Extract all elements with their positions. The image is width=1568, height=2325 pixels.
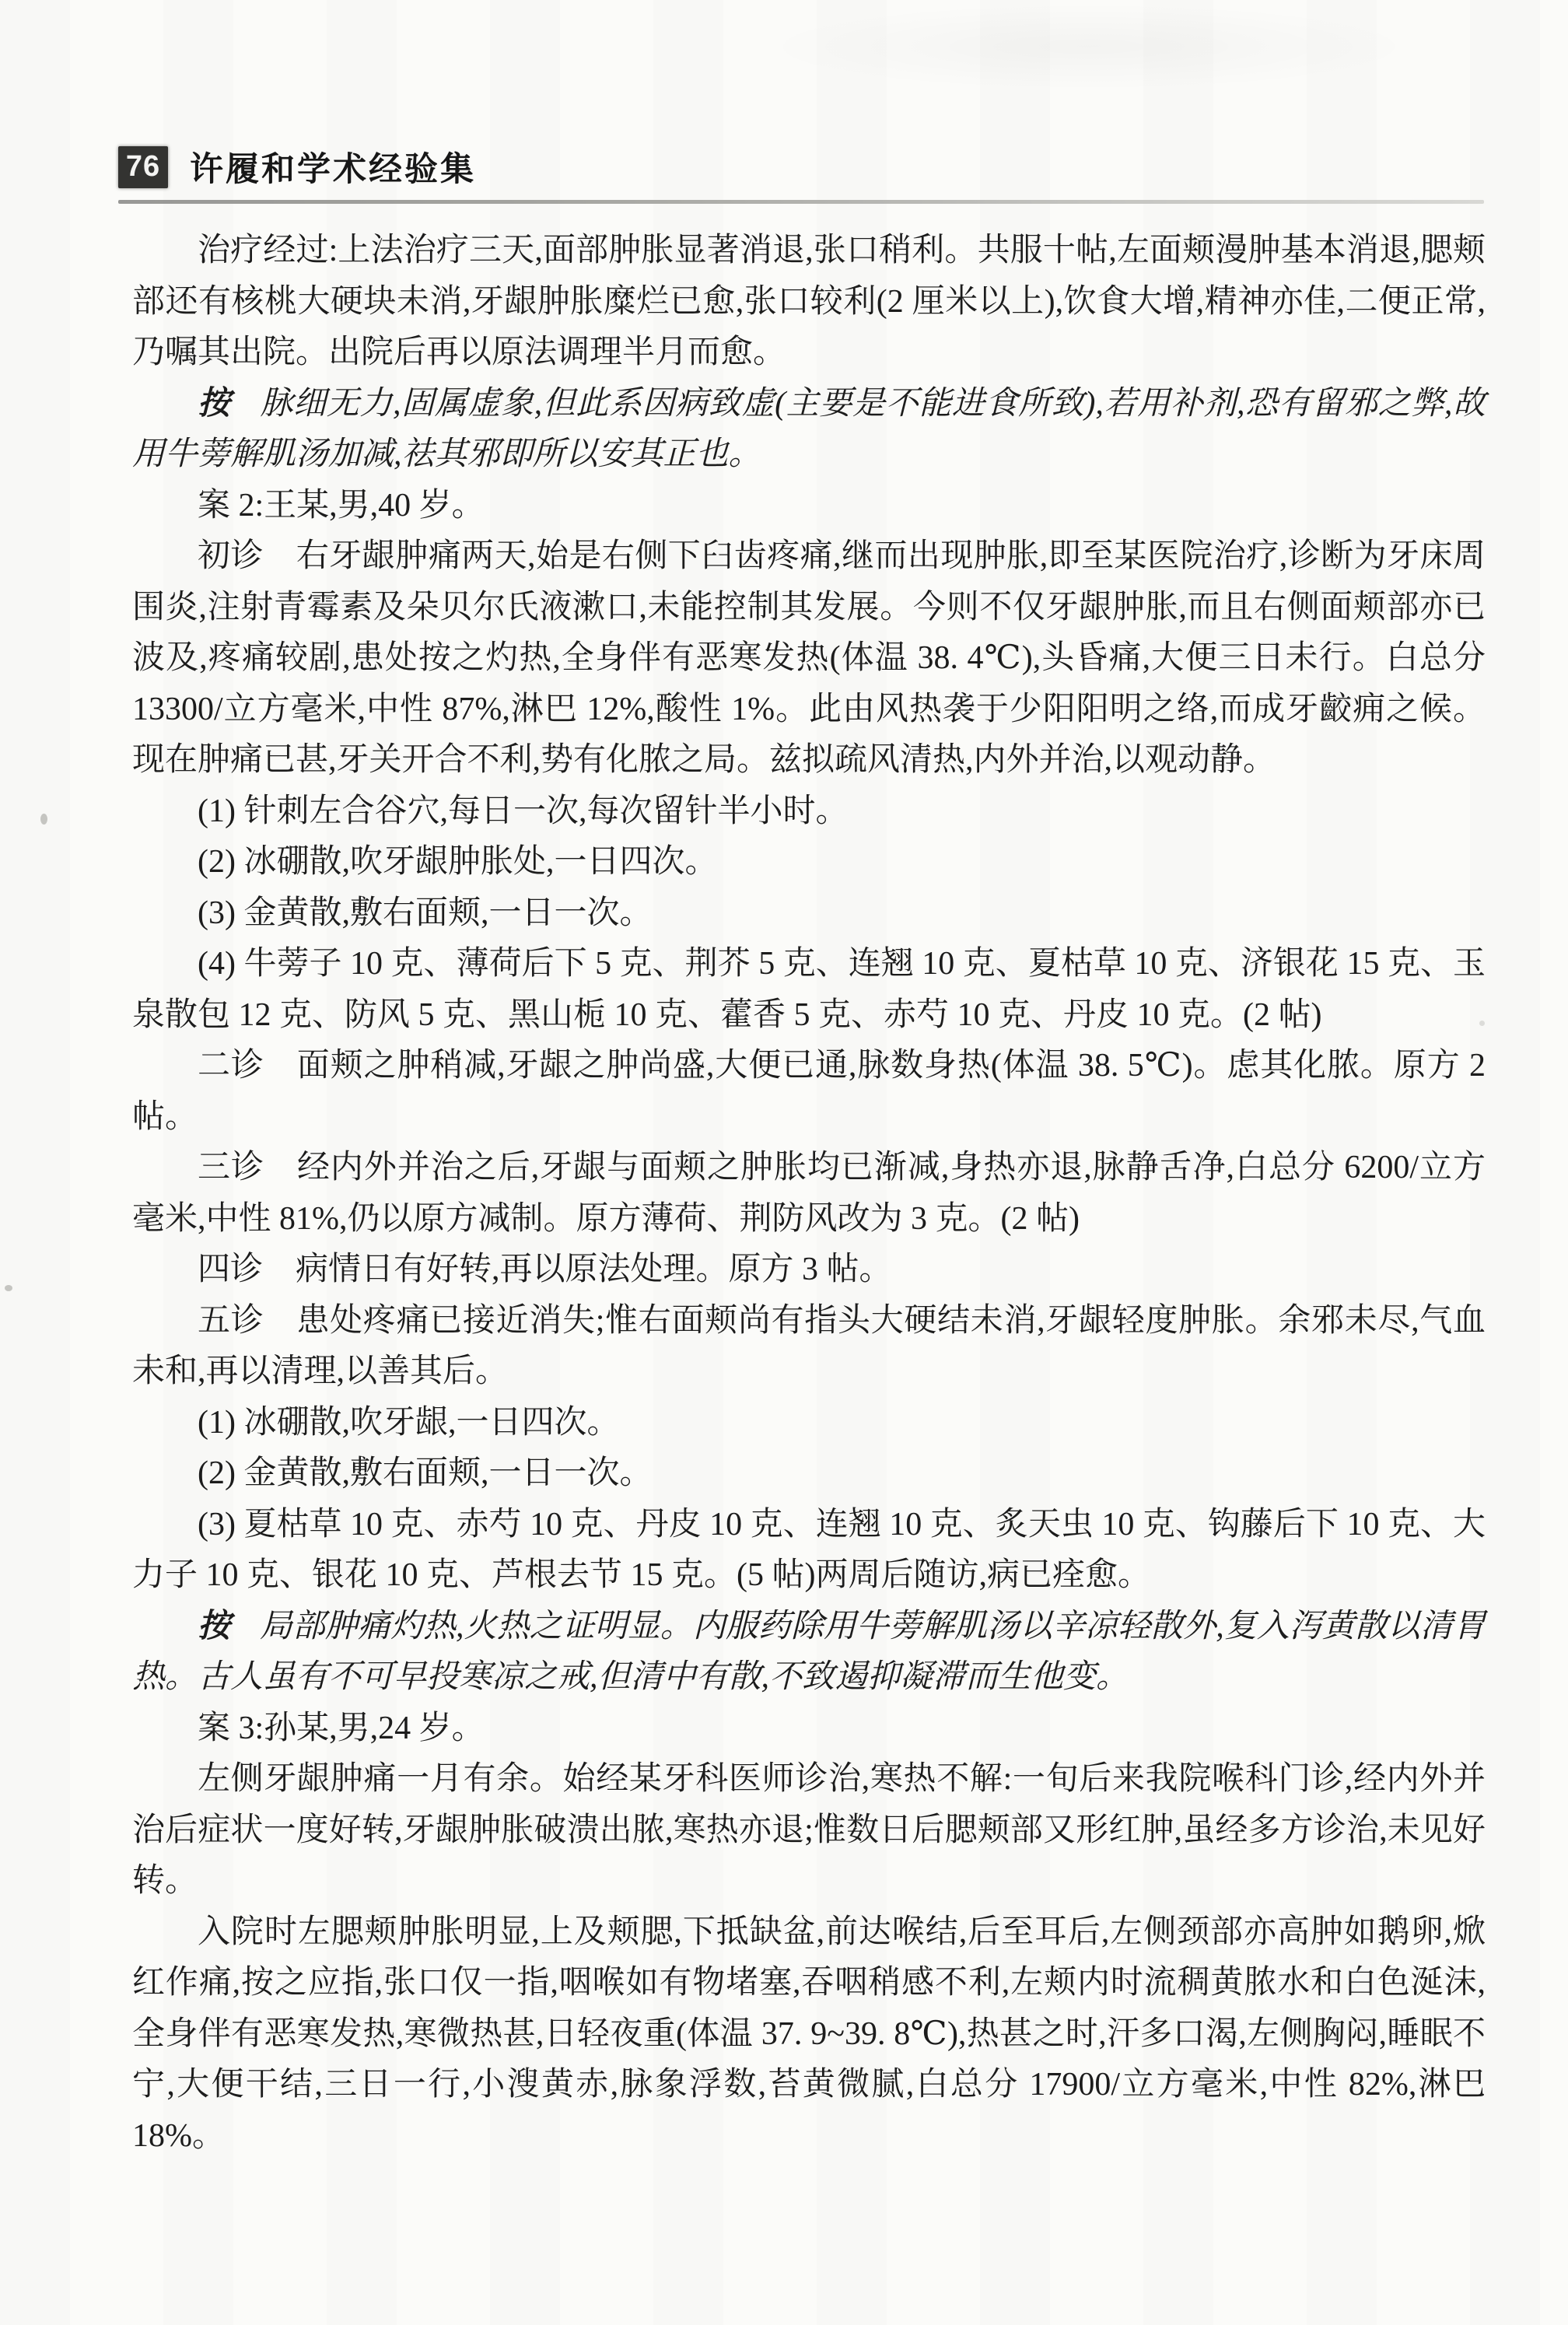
scan-speck — [5, 1285, 12, 1291]
paragraph-label: 按 — [198, 1609, 230, 1644]
book-title: 许履和学术经验集 — [190, 143, 476, 191]
body-paragraph: (1) 针刺左合谷穴,每日一次,每次留针半小时。 — [132, 786, 1486, 838]
paragraph-text: 右牙龈肿痛两天,始是右侧下臼齿疼痛,继而出现肿胀,即至某医院治疗,诊断为牙床周围… — [132, 538, 1486, 778]
visit-paragraph: 三诊经内外并治之后,牙龈与面颊之肿胀均已渐减,身热亦退,脉静舌净,白总分 620… — [132, 1143, 1486, 1245]
paragraph-text: 经内外并治之后,牙龈与面颊之肿胀均已渐减,身热亦退,脉静舌净,白总分 6200/… — [132, 1150, 1486, 1237]
paragraph-text: 局部肿痛灼热,火热之证明显。内服药除用牛蒡解肌汤以辛凉轻散外,复入泻黄散以清胃热… — [132, 1609, 1486, 1696]
visit-paragraph: 四诊病情日有好转,再以原法处理。原方 3 帖。 — [132, 1245, 1486, 1296]
running-head: 76 许履和学术经验集 — [118, 143, 1484, 204]
page-text: 治疗经过:上法治疗三天,面部肿胀显著消退,张口稍利。共服十帖,左面颊漫肿基本消退… — [132, 226, 1486, 2162]
header-divider — [118, 200, 1484, 204]
note-paragraph: 按局部肿痛灼热,火热之证明显。内服药除用牛蒡解肌汤以辛凉轻散外,复入泻黄散以清胃… — [132, 1602, 1486, 1703]
paragraph-text: (4) 牛蒡子 10 克、薄荷后下 5 克、荆芥 5 克、连翘 10 克、夏枯草… — [132, 946, 1486, 1033]
paragraph-text: 病情日有好转,再以原法处理。原方 3 帖。 — [296, 1252, 892, 1287]
scan-speck — [40, 814, 47, 825]
paragraph-text: (1) 针刺左合谷穴,每日一次,每次留针半小时。 — [198, 793, 848, 829]
paragraph-text: 入院时左腮颊肿胀明显,上及颊腮,下抵缺盆,前达喉结,后至耳后,左侧颈部亦高肿如鹅… — [132, 1914, 1486, 2154]
paragraph-label: 按 — [198, 386, 231, 422]
body-paragraph: 治疗经过:上法治疗三天,面部肿胀显著消退,张口稍利。共服十帖,左面颊漫肿基本消退… — [132, 226, 1486, 379]
paragraph-label: 初诊 — [198, 538, 264, 574]
paragraph-text: 案 2:王某,男,40 岁。 — [198, 488, 485, 523]
visit-paragraph: 二诊面颊之肿稍减,牙龈之肿尚盛,大便已通,脉数身热(体温 38. 5℃)。虑其化… — [132, 1041, 1486, 1143]
running-head-row: 76 许履和学术经验集 — [118, 143, 1484, 191]
paragraph-text: (2) 金黄散,敷右面颊,一日一次。 — [198, 1455, 652, 1491]
paragraph-label: 三诊 — [198, 1150, 264, 1185]
paragraph-text: (2) 冰硼散,吹牙龈肿胀处,一日四次。 — [198, 844, 717, 880]
paragraph-label: 二诊 — [198, 1048, 264, 1084]
scan-speck — [1479, 1021, 1485, 1026]
body-paragraph: (3) 金黄散,敷右面颊,一日一次。 — [132, 888, 1486, 940]
paragraph-text: (3) 夏枯草 10 克、赤芍 10 克、丹皮 10 克、连翘 10 克、炙天虫… — [132, 1507, 1486, 1594]
paragraph-text: 脉细无力,固属虚象,但此系因病致虚(主要是不能进食所致),若用补剂,恐有留邪之弊… — [132, 386, 1486, 473]
body-paragraph: (4) 牛蒡子 10 克、薄荷后下 5 克、荆芥 5 克、连翘 10 克、夏枯草… — [132, 939, 1486, 1041]
scanned-book-page: { "header": { "page_number": "76", "book… — [0, 0, 1568, 2325]
body-paragraph: (2) 金黄散,敷右面颊,一日一次。 — [132, 1448, 1486, 1500]
paragraph-text: 左侧牙龈肿痛一月有余。始经某牙科医师诊治,寒热不解:一旬后来我院喉科门诊,经内外… — [132, 1761, 1486, 1899]
paragraph-text: 治疗经过:上法治疗三天,面部肿胀显著消退,张口稍利。共服十帖,左面颊漫肿基本消退… — [132, 233, 1486, 370]
paragraph-label: 五诊 — [198, 1303, 264, 1339]
body-paragraph: (3) 夏枯草 10 克、赤芍 10 克、丹皮 10 克、连翘 10 克、炙天虫… — [132, 1500, 1486, 1602]
page-number-badge: 76 — [118, 146, 168, 188]
note-paragraph: 按脉细无力,固属虚象,但此系因病致虚(主要是不能进食所致),若用补剂,恐有留邪之… — [132, 379, 1486, 481]
paragraph-text: (1) 冰硼散,吹牙龈,一日四次。 — [198, 1405, 619, 1441]
paragraph-text: 患处疼痛已接近消失;惟右面颊尚有指头大硬结未消,牙龈轻度肿胀。余邪未尽,气血未和… — [132, 1303, 1486, 1390]
visit-paragraph: 初诊右牙龈肿痛两天,始是右侧下臼齿疼痛,继而出现肿胀,即至某医院治疗,诊断为牙床… — [132, 531, 1486, 786]
paragraph-text: 案 3:孙某,男,24 岁。 — [198, 1710, 485, 1746]
body-paragraph: 案 2:王某,男,40 岁。 — [132, 481, 1486, 532]
paragraph-text: (3) 金黄散,敷右面颊,一日一次。 — [198, 895, 652, 931]
body-paragraph: 案 3:孙某,男,24 岁。 — [132, 1703, 1486, 1755]
body-paragraph: 入院时左腮颊肿胀明显,上及颊腮,下抵缺盆,前达喉结,后至耳后,左侧颈部亦高肿如鹅… — [132, 1907, 1486, 2162]
body-paragraph: (2) 冰硼散,吹牙龈肿胀处,一日四次。 — [132, 837, 1486, 888]
body-paragraph: 左侧牙龈肿痛一月有余。始经某牙科医师诊治,寒热不解:一旬后来我院喉科门诊,经内外… — [132, 1754, 1486, 1907]
paragraph-label: 四诊 — [198, 1252, 263, 1287]
paragraph-text: 面颊之肿稍减,牙龈之肿尚盛,大便已通,脉数身热(体温 38. 5℃)。虑其化脓。… — [132, 1048, 1486, 1135]
body-paragraph: (1) 冰硼散,吹牙龈,一日四次。 — [132, 1398, 1486, 1449]
visit-paragraph: 五诊患处疼痛已接近消失;惟右面颊尚有指头大硬结未消,牙龈轻度肿胀。余邪未尽,气血… — [132, 1296, 1486, 1398]
